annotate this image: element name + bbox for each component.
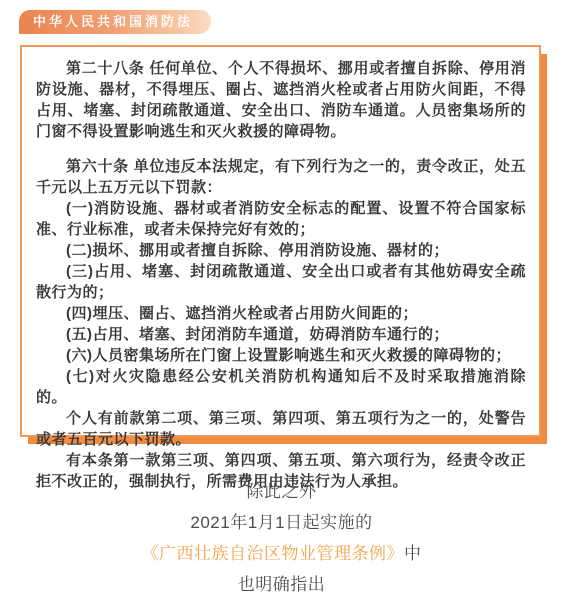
footer-line-2: 2021年1月1日起实施的 — [0, 507, 563, 538]
law-item-3: (三)占用、堵塞、封闭疏散通道、安全出口或者有其他妨碍安全疏散行为的； — [36, 261, 526, 303]
law-paragraph-personal-penalty: 个人有前款第二项、第三项、第四项、第五项行为之一的，处警告或者五百元以下罚款。 — [36, 408, 526, 450]
law-article-box: 第二十八条 任何单位、个人不得损坏、挪用或者擅自拆除、停用消防设施、器材，不得埋… — [20, 45, 541, 437]
footer-line-3-suffix: 中 — [404, 544, 422, 563]
law-title-label: 中华人民共和国消防法 — [33, 14, 193, 29]
footer-note: 除此之外 2021年1月1日起实施的 《广西壮族自治区物业管理条例》中 也明确指… — [0, 476, 563, 600]
law-item-1: (一)消防设施、器材或者消防安全标志的配置、设置不符合国家标准、行业标准，或者未… — [36, 198, 526, 240]
law-item-7: (七)对火灾隐患经公安机关消防机构通知后不及时采取措施消除的。 — [36, 366, 526, 408]
law-paragraph-article-28: 第二十八条 任何单位、个人不得损坏、挪用或者擅自拆除、停用消防设施、器材，不得埋… — [36, 58, 526, 142]
regulation-title-highlight: 《广西壮族自治区物业管理条例》 — [142, 544, 405, 563]
law-title-tab: 中华人民共和国消防法 — [19, 10, 211, 34]
law-item-5: (五)占用、堵塞、封闭消防车通道，妨碍消防车通行的； — [36, 324, 526, 345]
law-item-6: (六)人员密集场所在门窗上设置影响逃生和灭火救援的障碍物的； — [36, 345, 526, 366]
law-paragraph-article-60: 第六十条 单位违反本法规定，有下列行为之一的，责令改正，处五千元以上五万元以下罚… — [36, 156, 526, 198]
footer-line-3: 《广西壮族自治区物业管理条例》中 — [0, 538, 563, 569]
footer-line-4: 也明确指出 — [0, 569, 563, 600]
law-item-4: (四)埋压、圈占、遮挡消火栓或者占用防火间距的； — [36, 303, 526, 324]
article-page: 中华人民共和国消防法 第二十八条 任何单位、个人不得损坏、挪用或者擅自拆除、停用… — [0, 0, 563, 603]
footer-line-1: 除此之外 — [0, 476, 563, 507]
law-item-2: (二)损坏、挪用或者擅自拆除、停用消防设施、器材的； — [36, 240, 526, 261]
